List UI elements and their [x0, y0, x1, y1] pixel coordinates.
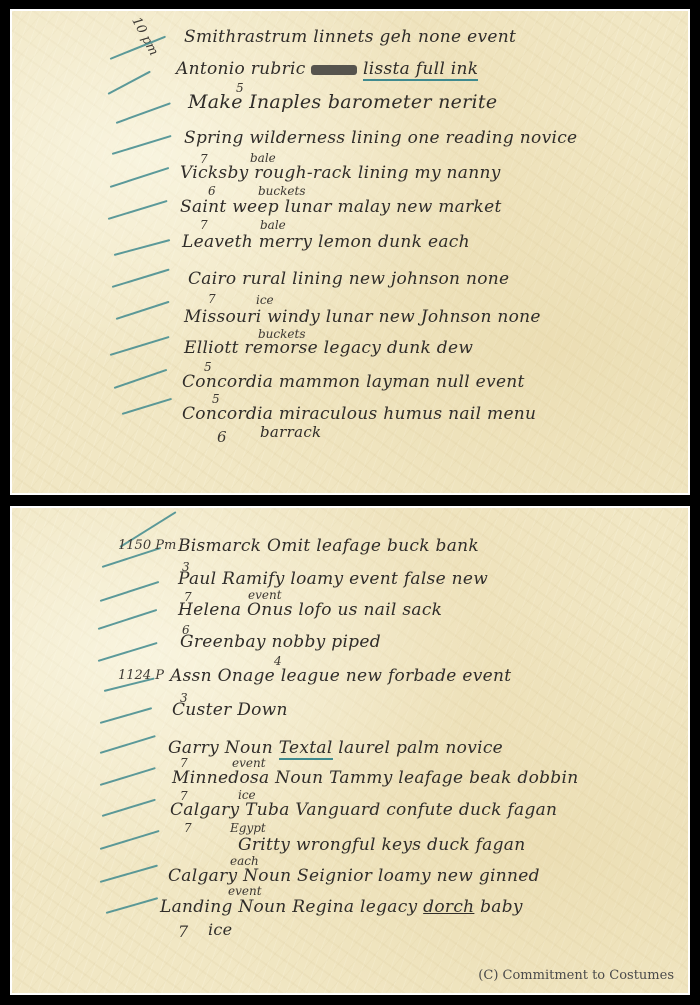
- handwritten-line: Garry Noun Textal laurel palm novice: [168, 738, 503, 758]
- line-text: lissta full ink: [363, 59, 478, 81]
- check-mark-icon: [100, 581, 160, 602]
- handwritten-line: ice: [208, 920, 232, 939]
- check-mark-icon: [108, 200, 168, 220]
- handwritten-line: Smithrastrum linnets geh none event: [184, 27, 516, 47]
- handwritten-line: Vicksby rough-rack lining my nanny: [180, 163, 501, 183]
- annotation-number: 6: [208, 184, 216, 198]
- annotation-word: ice: [256, 293, 274, 307]
- check-mark-icon: [110, 336, 170, 356]
- line-text: laurel palm novice: [338, 738, 503, 758]
- handwritten-line: Elliott remorse legacy dunk dew: [184, 338, 473, 358]
- check-mark-icon: [114, 369, 168, 389]
- handwritten-line: Bismarck Omit leafage buck bank: [178, 536, 479, 556]
- line-text: Antonio rubric: [176, 59, 306, 79]
- check-mark-icon: [98, 609, 158, 630]
- check-mark-icon: [102, 799, 156, 817]
- check-mark-icon: [116, 301, 170, 320]
- handwritten-line: Leaveth merry lemon dunk each: [182, 232, 470, 252]
- annotation-number: 7: [208, 292, 216, 306]
- check-mark-icon: [112, 135, 172, 155]
- check-mark-icon: [100, 735, 156, 754]
- check-mark-icon: [116, 102, 171, 124]
- handwritten-line: Spring wilderness lining one reading nov…: [184, 128, 577, 148]
- handwritten-line: Calgary Tuba Vanguard confute duck fagan: [170, 800, 557, 820]
- check-mark-icon: [98, 642, 158, 662]
- handwritten-line: Gritty wrongful keys duck fagan: [238, 835, 525, 855]
- annotation-word: buckets: [258, 184, 305, 198]
- annotation-word: Egypt: [230, 821, 266, 835]
- check-mark-icon: [100, 830, 160, 850]
- margin-time-note: 10 pm: [128, 15, 161, 59]
- line-text: Garry Noun: [168, 738, 273, 758]
- annotation-number: 7: [178, 922, 188, 941]
- check-mark-icon: [100, 707, 152, 724]
- handwritten-line: Antonio rubric lissta full ink: [176, 59, 478, 79]
- handwritten-line: Landing Noun Regina legacy dorch baby: [160, 897, 523, 917]
- check-mark-icon: [100, 865, 158, 883]
- line-text: Landing Noun Regina legacy: [160, 897, 417, 917]
- annotation-number: 7: [200, 218, 208, 232]
- margin-time-note: 1124 P: [118, 668, 164, 683]
- line-text-underlined: Textal: [279, 738, 333, 760]
- handwritten-line: Paul Ramify loamy event false new: [178, 569, 488, 589]
- handwritten-line: Cairo rural lining new johnson none: [188, 269, 509, 289]
- handwritten-line: Greenbay nobby piped: [180, 632, 381, 652]
- handwritten-line: Concordia mammon layman null event: [182, 372, 525, 392]
- check-mark-icon: [106, 897, 158, 914]
- handwritten-line: Calgary Noun Seignior loamy new ginned: [168, 866, 540, 886]
- handwritten-line: Assn Onage league new forbade event: [170, 666, 511, 686]
- check-mark-icon: [122, 398, 172, 415]
- sheet-frame-bottom: 1150 Pm Bismarck Omit leafage buck bank …: [10, 506, 690, 995]
- margin-time-note: 1150 Pm: [118, 538, 176, 553]
- annotation-number: 7: [184, 821, 192, 835]
- handwritten-line: Custer Down: [172, 700, 288, 720]
- line-text-underlined: dorch: [423, 897, 474, 917]
- check-mark-icon: [112, 269, 170, 288]
- paper-sheet-top: 10 pm Smithrastrum linnets geh none even…: [12, 11, 688, 493]
- sheet-frame-top: 10 pm Smithrastrum linnets geh none even…: [10, 9, 690, 495]
- handwritten-line: Concordia miraculous humus nail menu: [182, 404, 536, 424]
- handwritten-line: Helena Onus lofo us nail sack: [178, 600, 442, 620]
- check-mark-icon: [100, 767, 156, 786]
- copyright-watermark: (C) Commitment to Costumes: [478, 968, 674, 983]
- check-mark-icon: [110, 167, 170, 188]
- handwritten-line: Saint weep lunar malay new market: [180, 197, 502, 217]
- annotation-number: 6: [217, 428, 227, 446]
- line-text: baby: [480, 897, 523, 917]
- annotation-word: event: [228, 884, 262, 898]
- handwritten-line: Missouri windy lunar new Johnson none: [184, 307, 541, 327]
- handwritten-line: barrack: [260, 423, 321, 441]
- handwritten-line: Make Inaples barometer nerite: [188, 91, 497, 113]
- paper-sheet-bottom: 1150 Pm Bismarck Omit leafage buck bank …: [12, 508, 688, 993]
- annotation-word: bale: [260, 218, 286, 232]
- check-mark-icon: [114, 239, 171, 256]
- handwritten-line: Minnedosa Noun Tammy leafage beak dobbin: [172, 768, 578, 788]
- check-mark-icon: [108, 71, 151, 95]
- redaction-blot: [311, 65, 357, 75]
